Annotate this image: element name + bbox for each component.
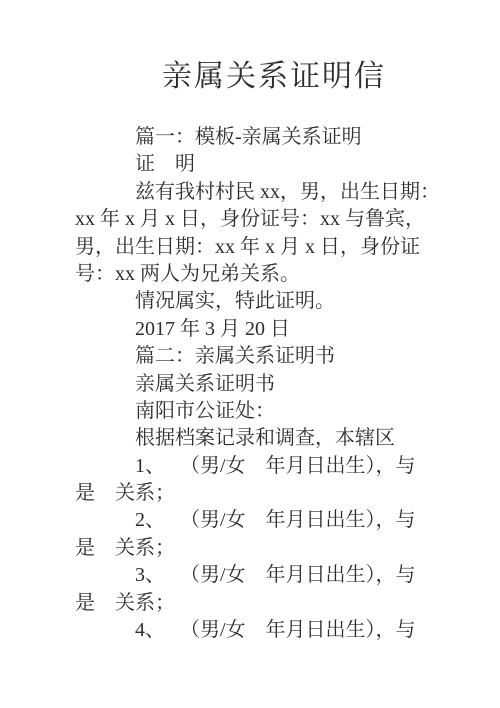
document-body: 篇一：模板-亲属关系证明 证 明 兹有我村村民 xx，男，出生日期： xx 年 … [75, 124, 457, 644]
document-page: 亲属关系证明信 篇一：模板-亲属关系证明 证 明 兹有我村村民 xx，男，出生日… [0, 0, 500, 708]
document-line-item-1: 1、 （男/女 年月日出生），与 [75, 453, 457, 480]
document-line-notary-office: 南阳市公证处： [75, 398, 457, 425]
document-line-item-4: 4、 （男/女 年月日出生），与 [75, 617, 457, 644]
document-line-relation: 是 关系； [75, 480, 457, 507]
document-line-body: 男，出生日期：xx 年 x 月 x 日，身份证 [75, 234, 457, 261]
document-line-date: 2017 年 3 月 20 日 [75, 316, 457, 343]
document-line-item-3: 3、 （男/女 年月日出生），与 [75, 562, 457, 589]
document-line-body: 兹有我村村民 xx，男，出生日期： [75, 179, 457, 206]
document-line-body: 号：xx 两人为兄弟关系。 [75, 261, 457, 288]
document-line-cert-title: 证 明 [75, 151, 457, 178]
document-line-part1-heading: 篇一：模板-亲属关系证明 [75, 124, 457, 151]
document-line-part2-title: 亲属关系证明书 [75, 371, 457, 398]
document-line-body: 根据档案记录和调查，本辖区 [75, 425, 457, 452]
document-line-item-2: 2、 （男/女 年月日出生），与 [75, 507, 457, 534]
document-line-part2-heading: 篇二：亲属关系证明书 [75, 343, 457, 370]
document-title: 亲属关系证明信 [0, 56, 500, 98]
document-line-relation: 是 关系； [75, 535, 457, 562]
document-line-closing: 情况属实，特此证明。 [75, 288, 457, 315]
document-line-relation: 是 关系； [75, 590, 457, 617]
document-line-body: xx 年 x 月 x 日，身份证号：xx 与鲁宾， [75, 206, 457, 233]
